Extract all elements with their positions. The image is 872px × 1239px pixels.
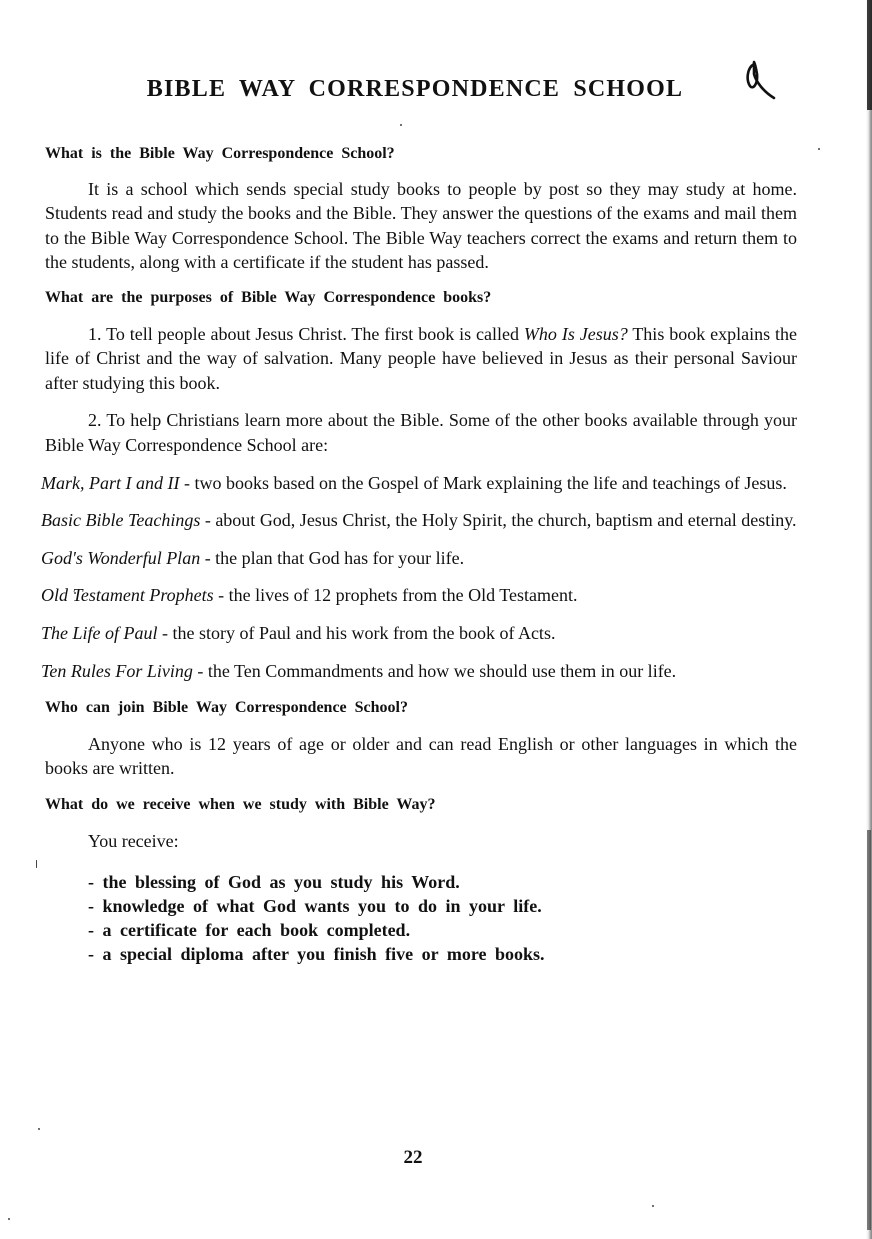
book-title: God's Wonderful Plan (41, 548, 200, 568)
page-title: BIBLE WAY CORRESPONDENCE SCHOOL (0, 76, 840, 103)
handwritten-letter-a-mark (744, 60, 780, 100)
book-title: Ten Rules For Living (41, 661, 193, 681)
purpose-2-paragraph: 2. To help Christians learn more about t… (45, 408, 797, 457)
purpose-1-paragraph: 1. To tell people about Jesus Christ. Th… (45, 322, 797, 396)
book-list-item: Basic Bible Teachings - about God, Jesus… (2, 508, 797, 533)
section-heading: What are the purposes of Bible Way Corre… (45, 286, 797, 311)
purpose-1-text: 1. To tell people about Jesus Christ. Th… (88, 324, 524, 344)
section-heading: What is the Bible Way Correspondence Sch… (45, 142, 797, 167)
section-heading: Who can join Bible Way Correspondence Sc… (45, 696, 797, 721)
scan-speck (8, 1218, 10, 1220)
book-description: - the plan that God has for your life. (200, 548, 464, 568)
book-title: The Life of Paul (41, 623, 158, 643)
book-description: - the Ten Commandments and how we should… (193, 661, 676, 681)
book-list-item: Ten Rules For Living - the Ten Commandme… (2, 659, 797, 684)
scan-speck (818, 148, 820, 150)
book-description: - about God, Jesus Christ, the Holy Spir… (200, 510, 796, 530)
receive-intro: You receive: (45, 829, 797, 854)
document-body: What is the Bible Way Correspondence Sch… (45, 142, 797, 966)
benefit-list-item: - a special diploma after you finish fiv… (88, 942, 797, 966)
benefit-list-item: - knowledge of what God wants you to do … (88, 894, 797, 918)
benefit-list-item: - a certificate for each book completed. (88, 918, 797, 942)
scan-speck (652, 1205, 654, 1207)
book-list-item: Old Testament Prophets - the lives of 12… (2, 583, 797, 608)
book-title: Mark, Part I and II (41, 473, 179, 493)
scan-edge-mark-bottom (867, 830, 871, 1230)
document-page: BIBLE WAY CORRESPONDENCE SCHOOL What is … (0, 0, 872, 1239)
book-title: Basic Bible Teachings (41, 510, 200, 530)
book-description: - the lives of 12 prophets from the Old … (214, 585, 578, 605)
page-title-text: BIBLE WAY CORRESPONDENCE SCHOOL (147, 76, 683, 103)
book-description: - the story of Paul and his work from th… (158, 623, 556, 643)
book-description: - two books based on the Gospel of Mark … (179, 473, 786, 493)
section-paragraph: Anyone who is 12 years of age or older a… (45, 732, 797, 781)
book-list-item: Mark, Part I and II - two books based on… (2, 471, 797, 496)
scan-speck (36, 860, 37, 868)
scan-edge-mark-top (867, 0, 872, 110)
section-paragraph: It is a school which sends special study… (45, 177, 797, 275)
scan-speck (74, 592, 76, 594)
section-heading: What do we receive when we study with Bi… (45, 793, 797, 818)
book-title: Old Testament Prophets (41, 585, 214, 605)
scan-speck (400, 124, 402, 126)
book-list-item: God's Wonderful Plan - the plan that God… (2, 546, 797, 571)
book-list-item: The Life of Paul - the story of Paul and… (2, 621, 797, 646)
scan-speck (38, 1128, 40, 1130)
book-list: Mark, Part I and II - two books based on… (45, 471, 797, 684)
book-title-who-is-jesus: Who Is Jesus? (524, 324, 628, 344)
benefit-list: - the blessing of God as you study his W… (45, 870, 797, 966)
benefit-list-item: - the blessing of God as you study his W… (88, 870, 797, 894)
page-number: 22 (0, 1147, 826, 1169)
